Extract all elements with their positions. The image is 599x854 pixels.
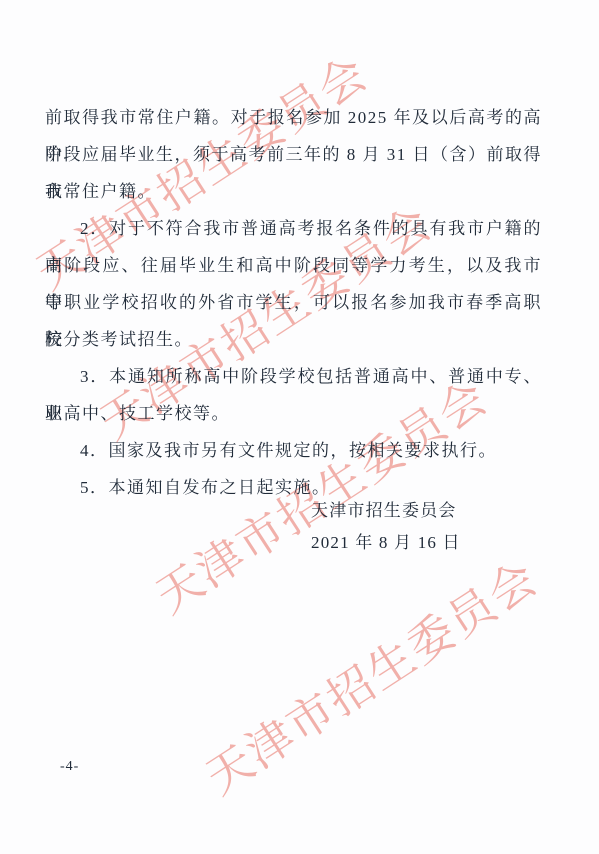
body-line: 校分类考试招生。 [45, 321, 542, 358]
document-page: 天津市招生委员会天津市招生委员会天津市招生委员会天津市招生委员会 前取得我市常住… [0, 0, 599, 854]
body-line: 2．对于不符合我市普通高考报名条件的具有我市户籍的高 [45, 210, 542, 247]
signature-org: 天津市招生委员会 [311, 496, 457, 521]
watermark-text: 天津市招生委员会 [191, 543, 549, 807]
body-line: 3．本通知所称高中阶段学校包括普通高中、普通中专、职 [45, 358, 542, 395]
body-line: 业高中、技工学校等。 [45, 395, 542, 432]
signature-date: 2021 年 8 月 16 日 [311, 528, 461, 553]
notice-body: 前取得我市常住户籍。对于报名参加 2025 年及以后高考的高中阶段应届毕业生，须… [45, 99, 542, 506]
body-line: 等职业学校招收的外省市学生，可以报名参加我市春季高职院 [45, 284, 542, 321]
body-line: 阶段应届毕业生，须于高考前三年的 8 月 31 日（含）前取得我 [45, 136, 542, 173]
body-line: 4．国家及我市另有文件规定的，按相关要求执行。 [45, 432, 542, 469]
page-number: -4- [60, 759, 79, 775]
body-line: 前取得我市常住户籍。对于报名参加 2025 年及以后高考的高中 [45, 99, 542, 136]
body-line: 中阶段应、往届毕业生和高中阶段同等学力考生，以及我市中 [45, 247, 542, 284]
body-line: 市常住户籍。 [45, 173, 542, 210]
body-line: 5．本通知自发布之日起实施。 [45, 469, 542, 506]
